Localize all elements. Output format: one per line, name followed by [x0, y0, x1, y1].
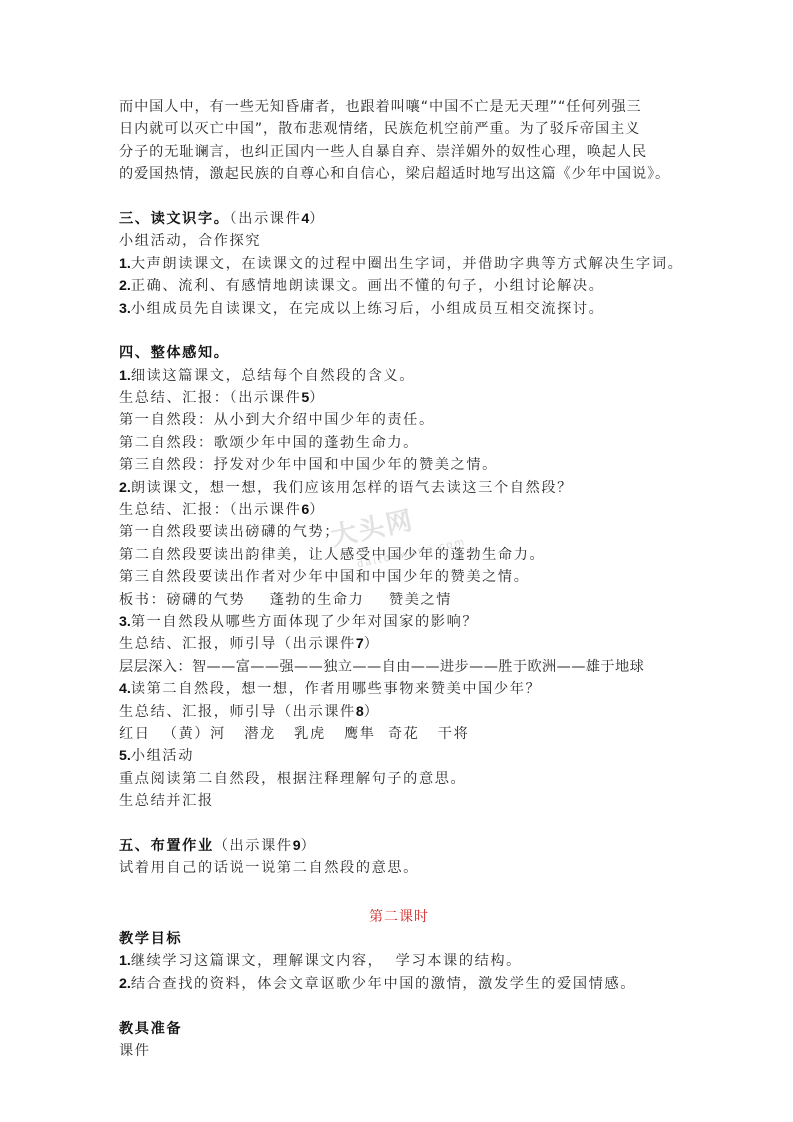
intro-line: 日内就可以灭亡中国”，散布悲观情绪，民族危机空前严重。为了驳斥帝国主义	[119, 118, 679, 140]
intro-line: 分子的无耻谰言，也纠正国内一些人自暴自弃、崇洋媚外的奴性心理，唤起人民	[119, 141, 679, 163]
answer-line: 第一自然段：从小到大介绍中国少年的责任。	[119, 409, 679, 431]
answer-line: 第三自然段要读出作者对少年中国和中国少年的赞美之情。	[119, 566, 679, 588]
answer-line: 第一自然段要读出磅礴的气势；	[119, 521, 679, 543]
question: 4.读第二自然段，想一想，作者用哪些事物来赞美中国少年？	[119, 678, 679, 700]
intro-paragraph: 而中国人中，有一些无知昏庸者，也跟着叫嚷“中国不亡是无天理”“任何列强三 日内就…	[119, 96, 679, 186]
intro-line: 的爱国热情，激起民族的自尊心和自信心，梁启超适时地写出这篇《少年中国说》。	[119, 163, 679, 185]
blackboard-line: 板书：磅礴的气势 蓬勃的生命力 赞美之情	[119, 589, 679, 611]
prep-heading: 教具准备	[119, 1018, 679, 1040]
section-heading: 四、整体感知。	[119, 342, 679, 364]
list-item: 2.正确、流利、有感情地朗读课文。画出不懂的句子，小组讨论解决。	[119, 275, 679, 297]
list-item: 3.小组成员先自读课文，在完成以上练习后，小组成员互相交流探讨。	[119, 298, 679, 320]
question: 5.小组活动	[119, 745, 679, 767]
lesson-title: 第二课时	[119, 906, 679, 928]
goal-item: 1.继续学习这篇课文，理解课文内容， 学习本课的结构。	[119, 950, 679, 972]
report-line: 生总结、汇报，师引导（出示课件7）	[119, 633, 679, 655]
section-homework: 五、布置作业（出示课件9） 试着用自己的话说一说第二自然段的意思。	[119, 835, 679, 880]
section-subtitle: 小组活动，合作探究	[119, 230, 679, 252]
section-overall-perception: 四、整体感知。 1.细读这篇课文，总结每个自然段的含义。 生总结、汇报：（出示课…	[119, 342, 679, 812]
answer-line: 第二自然段要读出韵律美，让人感受中国少年的蓬勃生命力。	[119, 544, 679, 566]
homework-text: 试着用自己的话说一说第二自然段的意思。	[119, 857, 679, 879]
section-heading: 五、布置作业（出示课件9）	[119, 835, 679, 857]
goals-heading: 教学目标	[119, 928, 679, 950]
report-line: 生总结、汇报，师引导（出示课件8）	[119, 701, 679, 723]
goal-item: 2.结合查找的资料，体会文章讴歌少年中国的激情，激发学生的爱国情感。	[119, 973, 679, 995]
document-page: 而中国人中，有一些无知昏庸者，也跟着叫嚷“中国不亡是无天理”“任何列强三 日内就…	[119, 96, 679, 1062]
answer-line: 红日 （黄）河 潜龙 乳虎 鹰隼 奇花 干将	[119, 723, 679, 745]
answer-line: 第三自然段：抒发对少年中国和中国少年的赞美之情。	[119, 454, 679, 476]
lesson-two: 第二课时 教学目标 1.继续学习这篇课文，理解课文内容， 学习本课的结构。 2.…	[119, 906, 679, 1063]
report-line: 生总结、汇报：（出示课件6）	[119, 499, 679, 521]
question: 2.朗读课文，想一想，我们应该用怎样的语气去读这三个自然段？	[119, 477, 679, 499]
answer-line: 重点阅读第二自然段，根据注释理解句子的意思。	[119, 768, 679, 790]
section-heading: 三、读文识字。（出示课件4）	[119, 208, 679, 230]
answer-line: 生总结并汇报	[119, 790, 679, 812]
question: 1.细读这篇课文，总结每个自然段的含义。	[119, 365, 679, 387]
section-reading-characters: 三、读文识字。（出示课件4） 小组活动，合作探究 1.大声朗读课文，在读课文的过…	[119, 208, 679, 320]
prep-text: 课件	[119, 1040, 679, 1062]
answer-line: 层层深入：智——富——强——独立——自由——进步——胜于欧洲——雄于地球	[119, 656, 679, 678]
answer-line: 第二自然段：歌颂少年中国的蓬勃生命力。	[119, 432, 679, 454]
report-line: 生总结、汇报：（出示课件5）	[119, 387, 679, 409]
list-item: 1.大声朗读课文，在读课文的过程中圈出生字词，并借助字典等方式解决生字词。	[119, 253, 679, 275]
intro-line: 而中国人中，有一些无知昏庸者，也跟着叫嚷“中国不亡是无天理”“任何列强三	[119, 96, 679, 118]
question: 3.第一自然段从哪些方面体现了少年对国家的影响？	[119, 611, 679, 633]
